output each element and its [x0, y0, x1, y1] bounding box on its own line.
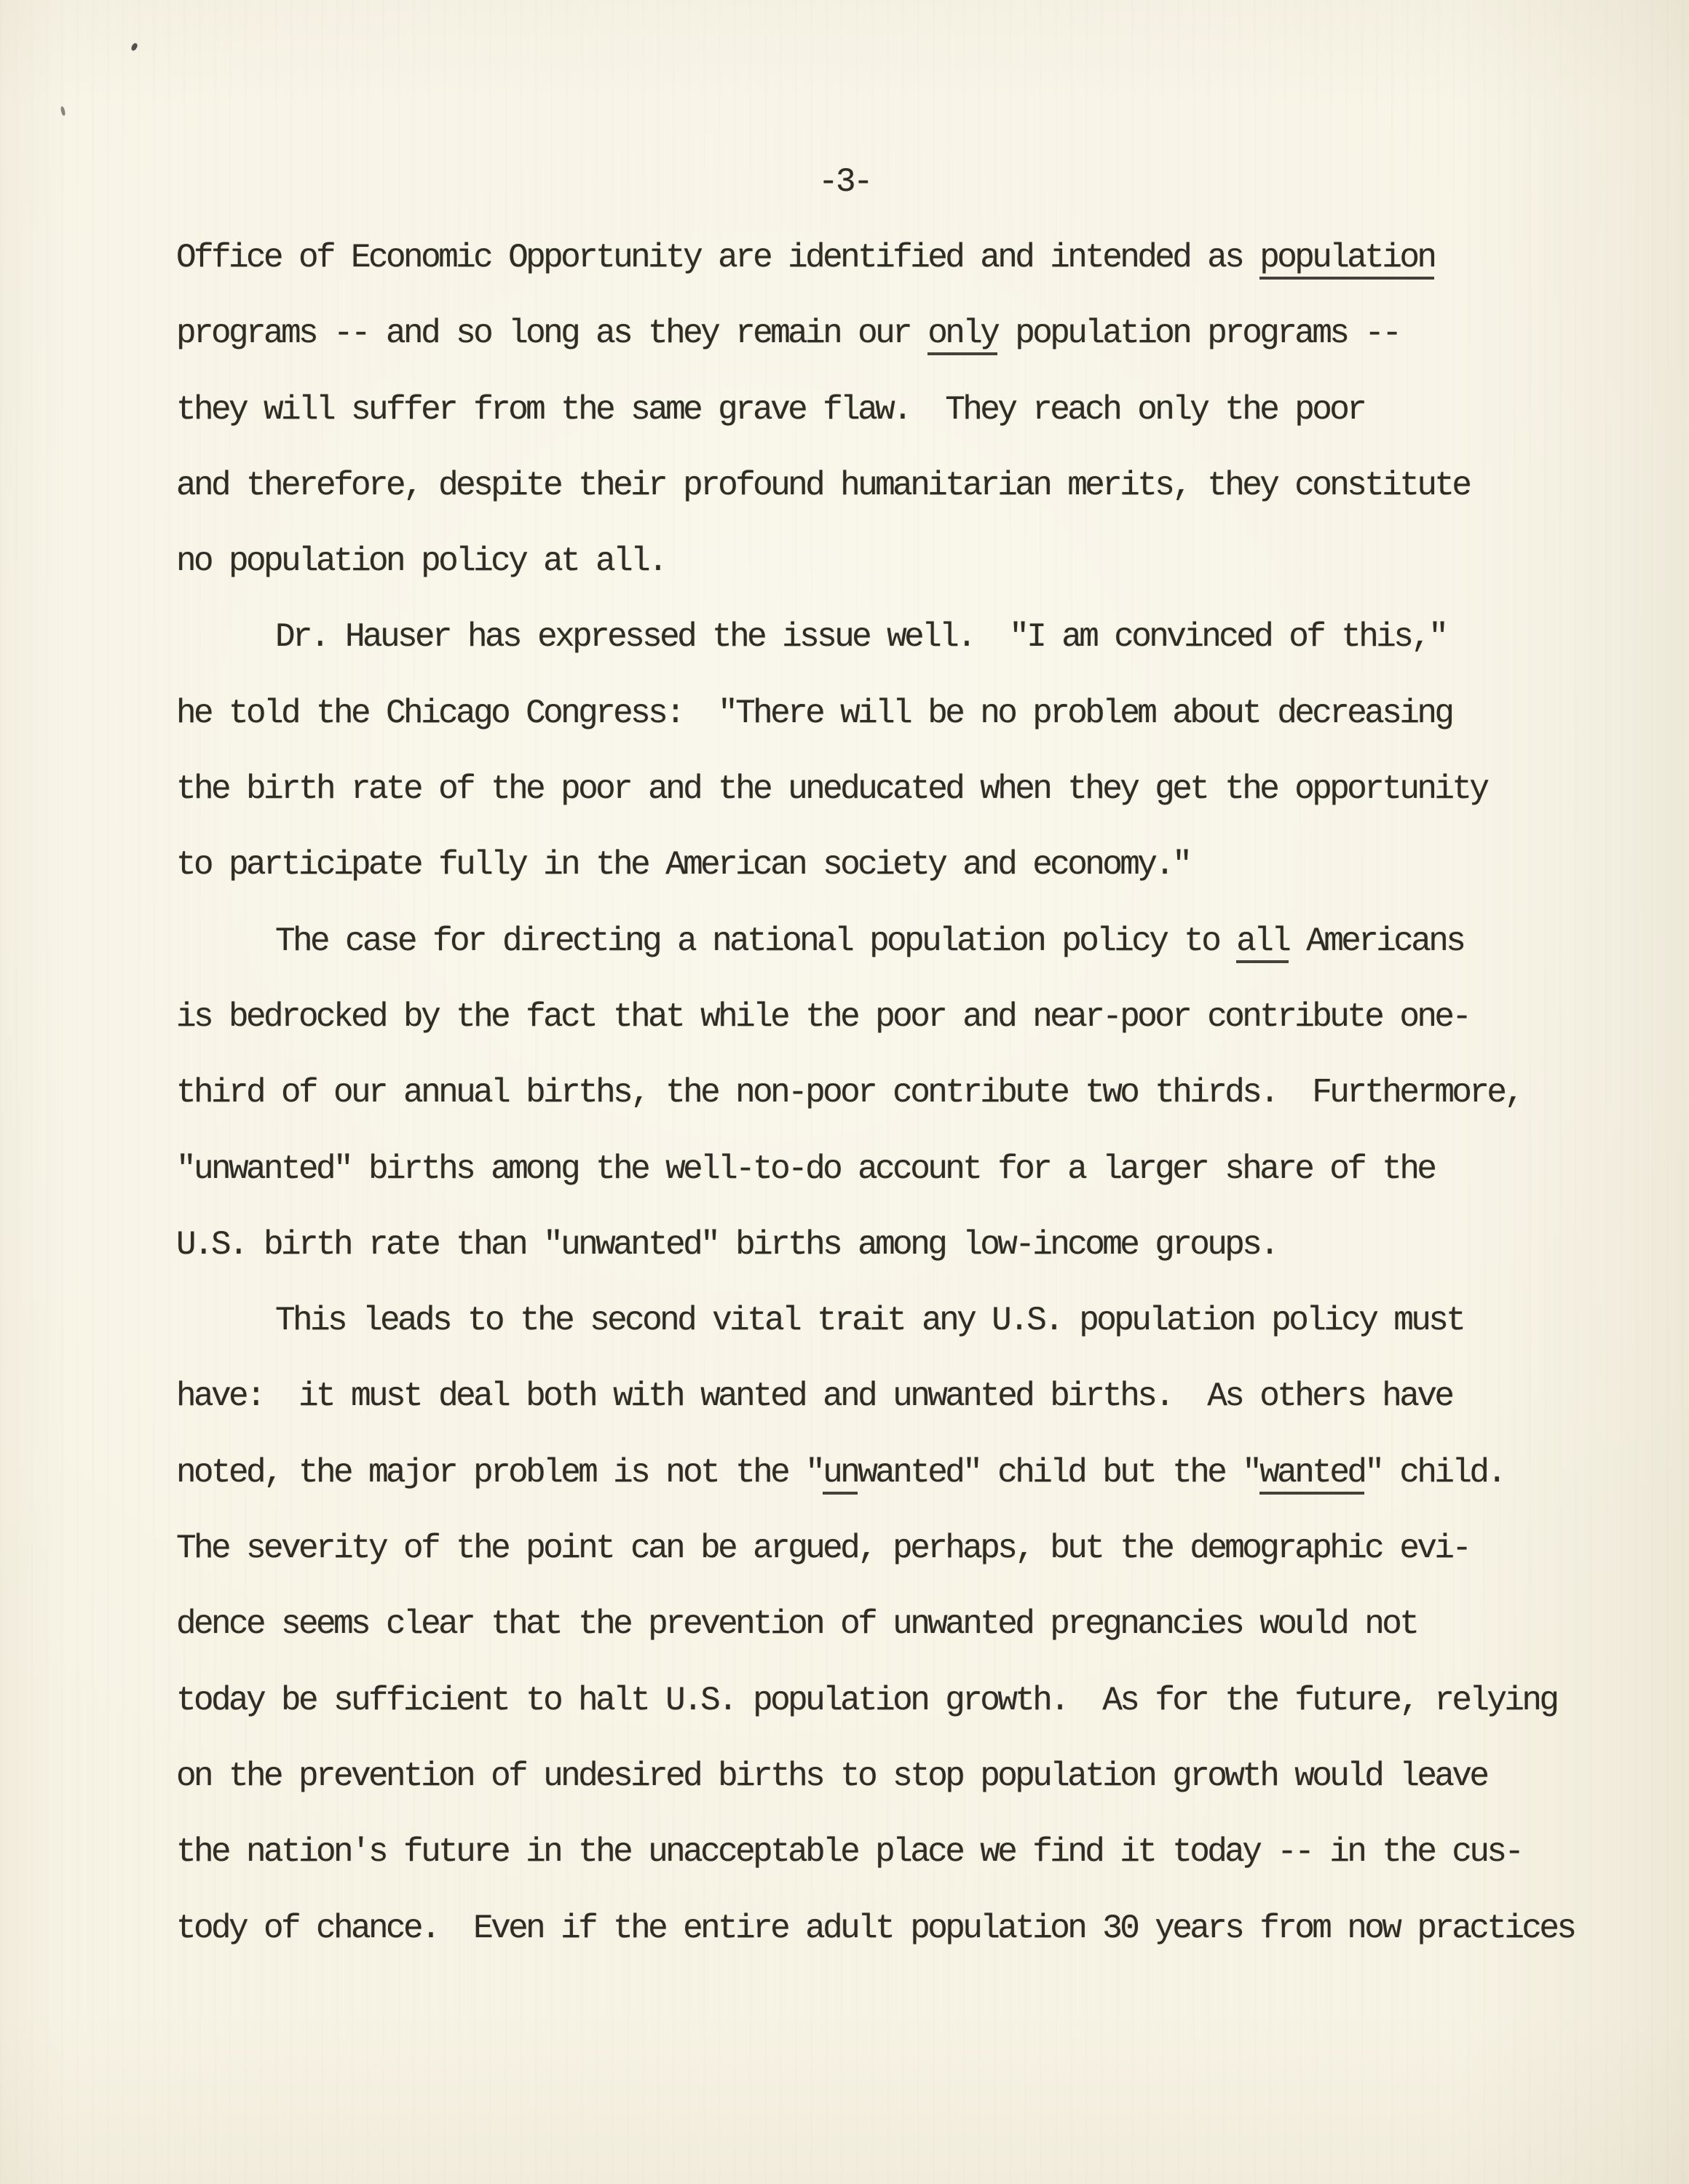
- text-segment: the nation's future in the unacceptable …: [176, 1833, 1522, 1871]
- text-segment: The case for directing a national popula…: [275, 922, 1236, 960]
- text-segment: Dr. Hauser has expressed the issue well.…: [275, 618, 1446, 656]
- text-segment: the birth rate of the poor and the unedu…: [176, 770, 1487, 808]
- text-line: third of our annual births, the non-poor…: [176, 1055, 1574, 1131]
- text-line: Dr. Hauser has expressed the issue well.…: [176, 599, 1574, 675]
- underlined-text-segment: wanted: [1259, 1454, 1364, 1495]
- text-line: and therefore, despite their profound hu…: [176, 448, 1574, 523]
- text-segment: This leads to the second vital trait any…: [275, 1302, 1463, 1340]
- text-segment: The severity of the point can be argued,…: [176, 1530, 1469, 1567]
- text-segment: " child.: [1364, 1454, 1504, 1492]
- text-segment: to participate fully in the American soc…: [176, 846, 1190, 884]
- underlined-text-segment: all: [1236, 922, 1289, 963]
- text-segment: no population policy at all.: [176, 542, 665, 580]
- text-line: the nation's future in the unacceptable …: [176, 1814, 1574, 1890]
- text-line: have: it must deal both with wanted and …: [176, 1358, 1574, 1434]
- text-line: The severity of the point can be argued,…: [176, 1511, 1574, 1586]
- paper-speck: [130, 42, 138, 52]
- text-line: he told the Chicago Congress: "There wil…: [176, 676, 1574, 751]
- text-segment: programs -- and so long as they remain o…: [176, 314, 927, 352]
- text-segment: tody of chance. Even if the entire adult…: [176, 1910, 1574, 1947]
- text-segment: noted, the major problem is not the ": [176, 1454, 823, 1492]
- text-segment: Office of Economic Opportunity are ident…: [176, 239, 1259, 277]
- text-segment: third of our annual births, the non-poor…: [176, 1074, 1522, 1112]
- text-line: on the prevention of undesired births to…: [176, 1738, 1574, 1814]
- document-body: Office of Economic Opportunity are ident…: [176, 220, 1574, 1966]
- text-segment: U.S. birth rate than "unwanted" births a…: [176, 1226, 1277, 1264]
- text-line: they will suffer from the same grave fla…: [176, 372, 1574, 448]
- text-line: tody of chance. Even if the entire adult…: [176, 1891, 1574, 1966]
- text-segment: have: it must deal both with wanted and …: [176, 1377, 1452, 1415]
- text-segment: they will suffer from the same grave fla…: [176, 391, 1364, 429]
- text-line: today be sufficient to halt U.S. populat…: [176, 1663, 1574, 1738]
- text-segment: dence seems clear that the prevention of…: [176, 1605, 1417, 1643]
- text-segment: he told the Chicago Congress: "There wil…: [176, 695, 1452, 732]
- text-segment: wanted" child but the ": [858, 1454, 1259, 1492]
- text-segment: is bedrocked by the fact that while the …: [176, 998, 1469, 1036]
- text-line: The case for directing a national popula…: [176, 903, 1574, 979]
- text-line: programs -- and so long as they remain o…: [176, 296, 1574, 371]
- page-number: -3-: [19, 144, 1670, 220]
- text-line: the birth rate of the poor and the unedu…: [176, 751, 1574, 827]
- text-segment: and therefore, despite their profound hu…: [176, 467, 1469, 505]
- text-line: noted, the major problem is not the "unw…: [176, 1435, 1574, 1511]
- text-line: Office of Economic Opportunity are ident…: [176, 220, 1574, 296]
- text-line: to participate fully in the American soc…: [176, 827, 1574, 903]
- text-segment: today be sufficient to halt U.S. populat…: [176, 1682, 1557, 1720]
- text-segment: population programs --: [997, 314, 1399, 352]
- underlined-text-segment: population: [1259, 239, 1434, 280]
- text-segment: Americans: [1289, 922, 1463, 960]
- text-line: dence seems clear that the prevention of…: [176, 1586, 1574, 1662]
- underlined-text-segment: un: [823, 1454, 858, 1495]
- text-line: "unwanted" births among the well-to-do a…: [176, 1131, 1574, 1207]
- text-line: This leads to the second vital trait any…: [176, 1283, 1574, 1358]
- text-segment: "unwanted" births among the well-to-do a…: [176, 1150, 1434, 1188]
- text-segment: on the prevention of undesired births to…: [176, 1757, 1487, 1795]
- text-line: is bedrocked by the fact that while the …: [176, 979, 1574, 1055]
- text-line: U.S. birth rate than "unwanted" births a…: [176, 1207, 1574, 1283]
- document-page: -3- Office of Economic Opportunity are i…: [0, 0, 1689, 2184]
- underlined-text-segment: only: [927, 314, 997, 355]
- paper-speck: [60, 106, 66, 116]
- text-line: no population policy at all.: [176, 523, 1574, 599]
